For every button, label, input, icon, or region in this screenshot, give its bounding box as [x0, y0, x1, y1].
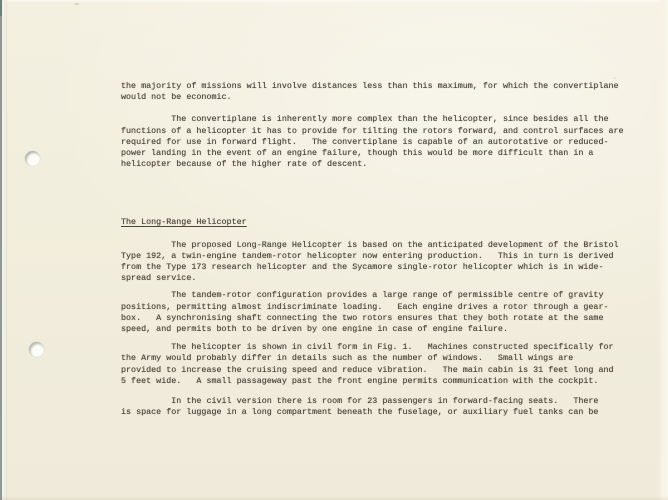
text-line: is space for luggage in a long compartme…	[121, 407, 637, 418]
paragraph: The proposed Long-Range Helicopter is ba…	[121, 240, 637, 285]
text-line: The tandem-rotor configuration provides …	[121, 290, 637, 301]
text-line: The proposed Long-Range Helicopter is ba…	[121, 240, 637, 251]
scan-edge-top	[0, 0, 668, 3]
text-line: required for use in forward flight. The …	[121, 137, 637, 148]
text-line: functions of a helicopter it has to prov…	[121, 126, 637, 137]
text-line: 5 feet wide. A small passageway past the…	[121, 376, 637, 387]
paragraph: In the civil version there is room for 2…	[121, 396, 637, 418]
scan-edge-corner	[0, 0, 2, 16]
scan-edge-bottom	[0, 496, 668, 500]
text-line: The helicopter is shown in civil form in…	[121, 342, 637, 353]
scan-speck	[613, 77, 616, 79]
document-text: the majority of missions will involve di…	[121, 81, 637, 418]
text-line: positions, permitting almost indiscrimin…	[121, 302, 637, 313]
text-line: helicopter because of the higher rate of…	[121, 159, 637, 170]
punch-hole-bottom	[29, 342, 44, 357]
scan-speck	[74, 3, 79, 5]
text-line: the Army would probably differ in detail…	[121, 353, 637, 364]
text-line: provided to increase the cruising speed …	[121, 365, 637, 376]
text-line: would not be economic.	[121, 92, 637, 103]
text-line: from the Type 173 research helicopter an…	[121, 262, 637, 273]
scan-edge-left	[0, 0, 8, 500]
text-line: the majority of missions will involve di…	[121, 81, 637, 92]
scan-edge-right	[658, 0, 668, 500]
text-line: In the civil version there is room for 2…	[121, 396, 637, 407]
text-line: power landing in the event of an engine …	[121, 148, 637, 159]
paragraph: The tandem-rotor configuration provides …	[121, 290, 637, 335]
section-heading-text: The Long-Range Helicopter	[121, 217, 247, 227]
paragraph: The convertiplane is inherently more com…	[121, 114, 637, 170]
paragraph: The helicopter is shown in civil form in…	[121, 342, 637, 387]
punch-hole-top	[25, 151, 40, 166]
text-line: speed, and permits both to be driven by …	[121, 324, 637, 335]
text-line: spread service.	[121, 273, 637, 284]
scanned-document-page: the majority of missions will involve di…	[0, 0, 668, 500]
text-line: Type 192, a twin-engine tandem-rotor hel…	[121, 251, 637, 262]
text-line: The convertiplane is inherently more com…	[121, 114, 637, 125]
text-line: box. A synchronising shaft connecting th…	[121, 313, 637, 324]
section-heading: The Long-Range Helicopter	[121, 217, 637, 228]
paragraph: the majority of missions will involve di…	[121, 81, 637, 103]
